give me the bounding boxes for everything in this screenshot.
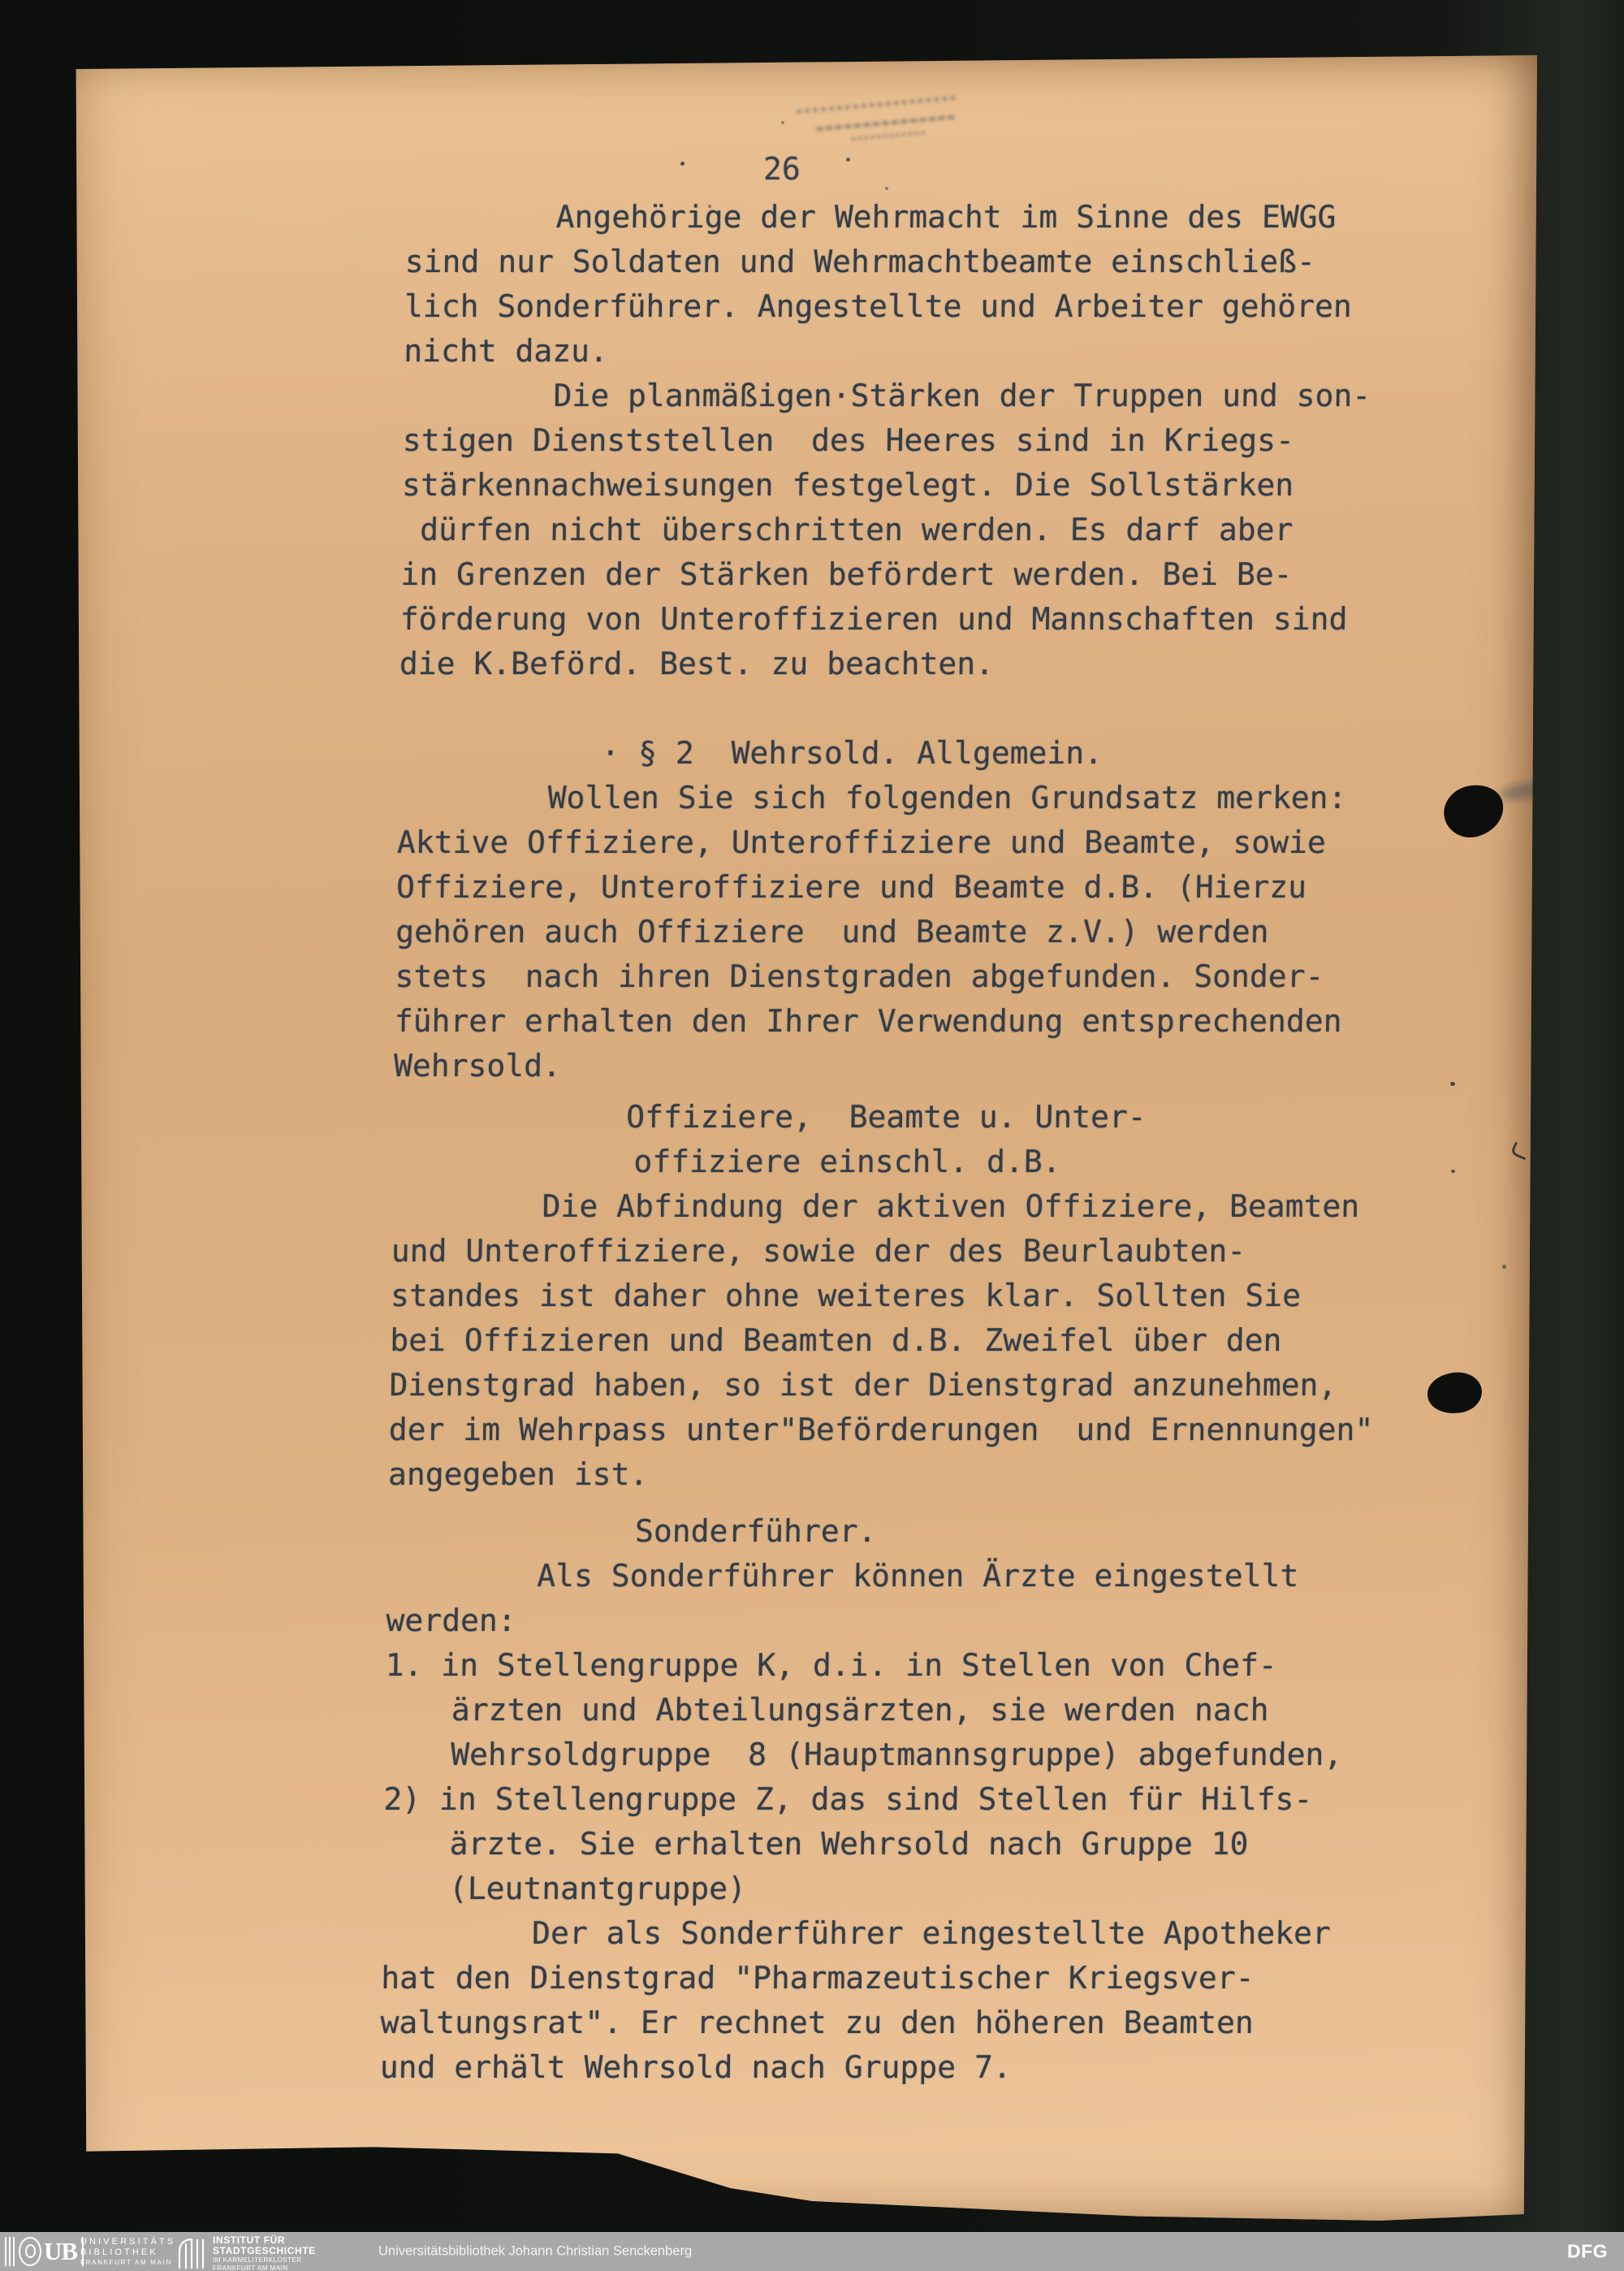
ink-speck (1450, 1082, 1455, 1086)
text-line: (Leutnantgruppe) (382, 1867, 1406, 1911)
text-line: und erhält Wehrsold nach Gruppe 7. (379, 2045, 1403, 2090)
text-line: offiziere einschl. d.B. (392, 1140, 1416, 1184)
text-line: · § 2 Wehrsold. Allgemein. (398, 731, 1422, 776)
ink-speck (846, 158, 850, 162)
text-line: führer erhalten den Ihrer Verwendung ent… (394, 999, 1418, 1044)
text-line: nicht dazu. (404, 329, 1427, 374)
text-line: lich Sonderführer. Angestellte und Arbei… (404, 284, 1428, 329)
text-line: angegeben ist. (388, 1452, 1412, 1497)
punch-hole-bottom (1425, 1369, 1484, 1417)
ink-speck (885, 187, 888, 190)
scanned-page: 26 Angehörige der Wehrmacht im Sinne des… (73, 55, 1537, 2221)
ub-name-line: FRANKFURT AM MAIN (80, 2258, 175, 2267)
text-line: förderung von Unteroffizieren und Mannsc… (400, 597, 1423, 642)
scan-viewport: { "colors": { "background": "#101310", "… (0, 0, 1624, 2271)
text-line: und Unteroffiziere, sowie der des Beurla… (391, 1229, 1415, 1274)
text-line: Die planmäßigen·Stärken der Truppen und … (403, 374, 1427, 418)
text-line: Wehrsoldgruppe 8 (Hauptmannsgruppe) abge… (384, 1732, 1408, 1777)
text-line: stets nach ihren Dienstgraden abgefunden… (395, 954, 1419, 999)
text-line: Dienstgrad haben, so ist der Dienstgrad … (389, 1363, 1413, 1408)
library-footer: UB UNIVERSITÄTS BIBLIOTHEK FRANKFURT AM … (0, 2232, 1624, 2271)
text-line: gehören auch Offiziere und Beamte z.V.) … (395, 910, 1419, 954)
punch-hole-top (1438, 779, 1509, 843)
text-line: Offiziere, Beamte u. Unter- (393, 1095, 1417, 1140)
text-line: sind nur Soldaten und Wehrmachtbeamte ei… (404, 240, 1428, 284)
institut-subtitle-line: FRANKFURT AM MAIN (213, 2265, 316, 2271)
text-line: Als Sonderführer können Ärzte eingestell… (387, 1554, 1410, 1598)
illegible-stamp-mark (789, 80, 973, 161)
ub-library-name: UNIVERSITÄTS BIBLIOTHEK FRANKFURT AM MAI… (80, 2237, 175, 2267)
text-line: 1. in Stellengruppe K, d.i. in Stellen v… (385, 1643, 1409, 1688)
text-line: ärzte. Sie erhalten Wehrsold nach Gruppe… (382, 1822, 1406, 1867)
text-line: Aktive Offiziere, Unteroffiziere und Bea… (396, 820, 1420, 865)
text-line: hat den Dienstgrad "Pharmazeutischer Kri… (381, 1956, 1405, 2001)
ub-logo-letters: UB (44, 2237, 77, 2266)
ub-logo: UB (5, 2236, 84, 2267)
ink-squiggle-mark (1510, 1142, 1531, 1161)
ink-speck (781, 121, 784, 124)
text-line: waltungsrat". Er rechnet zu den höheren … (380, 2001, 1404, 2045)
ink-speck (708, 205, 711, 208)
dfg-logo: DFG (1567, 2241, 1608, 2263)
ink-speck (1451, 1170, 1455, 1173)
text-line: standes ist daher ohne weiteres klar. So… (391, 1274, 1415, 1318)
text-line: in Grenzen der Stärken befördert werden.… (400, 552, 1424, 597)
text-line: der im Wehrpass unter"Beförderungen und … (388, 1408, 1412, 1452)
text-line: Wehrsold. (394, 1044, 1418, 1088)
text-line: ärzten und Abteilungsärzten, sie werden … (385, 1688, 1409, 1732)
text-line: Sonderführer. (387, 1509, 1411, 1554)
ub-name-line: UNIVERSITÄTS (80, 2237, 175, 2247)
institut-label: INSTITUT FÜR STADTGESCHICHTE IM KARMELIT… (213, 2235, 316, 2271)
text-line: 2) in Stellengruppe Z, das sind Stellen … (383, 1777, 1407, 1822)
text-line: die K.Beförd. Best. zu beachten. (400, 642, 1423, 686)
page-number: 26 (763, 151, 801, 187)
ink-speck (680, 162, 685, 166)
typewritten-text: Angehörige der Wehrmacht im Sinne des EW… (379, 195, 1429, 2090)
ub-logo-portrait-icon (19, 2237, 41, 2266)
text-line: Die Abfindung der aktiven Offiziere, Bea… (391, 1184, 1415, 1229)
institut-subtitle-line: IM KARMELITERKLOSTER (213, 2256, 316, 2265)
institut-arch-icon (177, 2236, 208, 2269)
ub-logo-bars-icon (5, 2237, 17, 2266)
text-line: stigen Dienststellen des Heeres sind in … (402, 418, 1426, 463)
library-name: Universitätsbibliothek Johann Christian … (378, 2244, 692, 2260)
text-line: Wollen Sie sich folgenden Grundsatz merk… (397, 776, 1421, 820)
hole-smudge (1499, 777, 1559, 802)
text-line: bei Offizieren und Beamten d.B. Zweifel … (390, 1318, 1414, 1363)
text-line: Offiziere, Unteroffiziere und Beamte d.B… (396, 865, 1420, 910)
text-line: Der als Sonderführer eingestellte Apothe… (382, 1911, 1406, 1956)
institut-title-line: STADTGESCHICHTE (213, 2246, 316, 2256)
text-line: dürfen nicht überschritten werden. Es da… (401, 508, 1425, 552)
ink-speck (1502, 1265, 1506, 1269)
text-line: werden: (386, 1598, 1410, 1643)
ub-name-line: BIBLIOTHEK (80, 2247, 175, 2258)
text-line: stärkennachweisungen festgelegt. Die Sol… (402, 463, 1426, 508)
text-line: Angehörige der Wehrmacht im Sinne des EW… (405, 195, 1429, 240)
